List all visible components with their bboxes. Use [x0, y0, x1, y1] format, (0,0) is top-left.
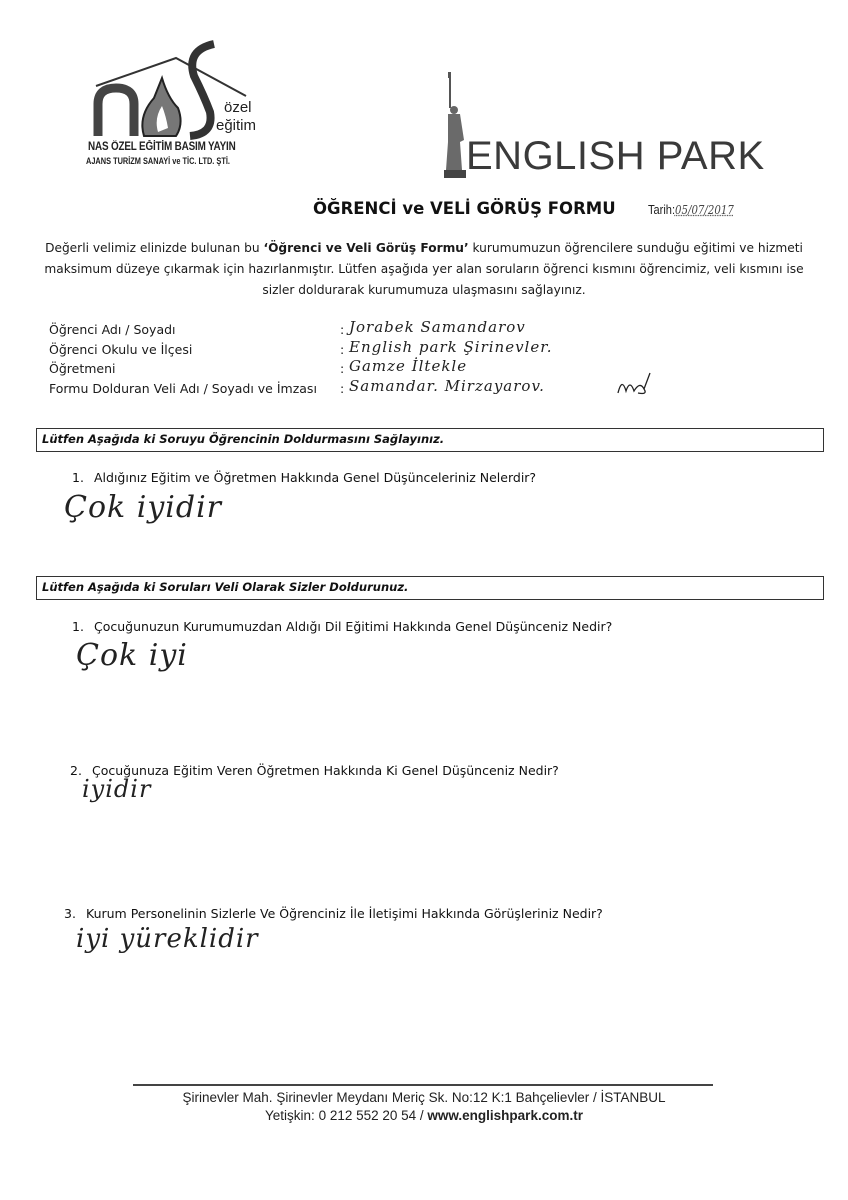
nas-tag-egitim: eğitim [216, 117, 256, 134]
date-value: 05/07/2017 [675, 203, 734, 217]
parent-question-3: 3.Kurum Personelinin Sizlerle Ve Öğrenci… [64, 906, 603, 921]
nas-company-line2: AJANS TURİZM SANAYİ ve TİC. LTD. ŞTİ. [86, 156, 230, 166]
footer-divider [133, 1084, 713, 1086]
form-title: ÖĞRENCİ ve VELİ GÖRÜŞ FORMU [313, 199, 616, 218]
student-section-header: Lütfen Aşağıda ki Soruyu Öğrencinin Dold… [36, 428, 824, 452]
parent-answer-1[interactable]: Çok iyi [76, 638, 188, 673]
footer-contact: Yetişkin: 0 212 552 20 54 / www.englishp… [0, 1108, 848, 1123]
field-value[interactable]: English park Şirinevler. [349, 338, 553, 357]
footer-website-link[interactable]: www.englishpark.com.tr [427, 1108, 583, 1123]
nas-company-line1: NAS ÖZEL EĞİTİM BASIM YAYIN [88, 141, 236, 153]
english-park-logo: ENGLISH PARK [444, 70, 784, 180]
field-parent-signature: Formu Dolduran Veli Adı / Soyadı ve İmza… [49, 379, 749, 399]
form-name-highlight: ‘Öğrenci ve Veli Görüş Formu’ [263, 241, 468, 255]
parent-section-header: Lütfen Aşağıda ki Soruları Veli Olarak S… [36, 576, 824, 600]
field-value[interactable]: Gamze İltekle [349, 357, 467, 376]
statue-of-liberty-icon [444, 70, 468, 180]
nas-house-icon: özel eğitim [86, 36, 286, 146]
field-value[interactable]: Jorabek Samandarov [349, 318, 526, 337]
footer-phone: Yetişkin: 0 212 552 20 54 / [265, 1108, 427, 1123]
nas-tag-ozel: özel [224, 99, 252, 116]
parent-question-1: 1.Çocuğunuzun Kurumumuzdan Aldığı Dil Eğ… [72, 619, 612, 634]
field-label: Öğretmeni [49, 359, 116, 378]
english-park-wordmark: ENGLISH PARK [466, 134, 765, 179]
parent-answer-2[interactable]: iyidir [82, 775, 151, 803]
footer-address: Şirinevler Mah. Şirinevler Meydanı Meriç… [0, 1090, 848, 1105]
student-info-fields: Öğrenci Adı / Soyadı : Jorabek Samandaro… [49, 320, 749, 398]
nas-logo: özel eğitim NAS ÖZEL EĞİTİM BASIM YAYIN … [86, 36, 286, 176]
signature-icon [614, 371, 654, 399]
student-question-1: 1.Aldığınız Eğitim ve Öğretmen Hakkında … [72, 470, 536, 485]
field-label: Öğrenci Adı / Soyadı [49, 320, 176, 339]
field-label: Formu Dolduran Veli Adı / Soyadı ve İmza… [49, 379, 317, 398]
parent-answer-3[interactable]: iyi yüreklidir [76, 924, 259, 954]
date-label: Tarih: [648, 202, 675, 217]
field-label: Öğrenci Okulu ve İlçesi [49, 340, 192, 359]
student-answer-1[interactable]: Çok iyidir [64, 490, 222, 525]
intro-paragraph: Değerli velimiz elinizde bulunan bu ‘Öğr… [40, 238, 808, 301]
field-value[interactable]: Samandar. Mirzayarov. [349, 377, 545, 396]
form-date: Tarih:05/07/2017 [648, 202, 734, 217]
